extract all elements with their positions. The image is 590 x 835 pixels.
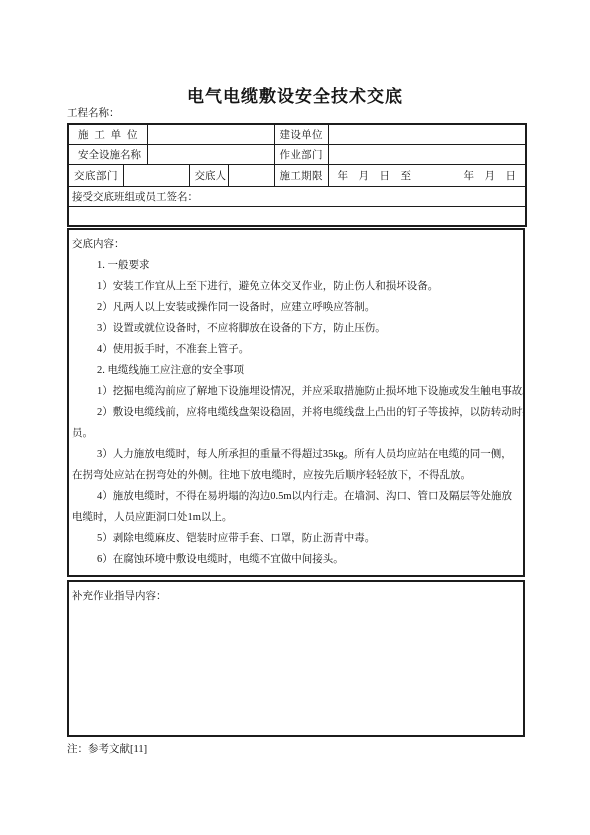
disclosure-line: 2. 电缆线施工应注意的安全事项: [69, 360, 523, 381]
footnote: 注：参考文献[11]: [67, 741, 147, 756]
disclosure-line: 1）安装工作宜从上至下进行，避免立体交叉作业，防止伤人和损坏设备。: [69, 276, 523, 297]
disclosure-line: 3）设置或就位设备时，不应将脚放在设备的下方，防止压伤。: [69, 318, 523, 339]
safety-facility-field[interactable]: [147, 145, 274, 165]
document-page: { "page": { "title": "电气电缆敷设安全技术交底", "pr…: [0, 0, 590, 835]
signature-field[interactable]: [68, 207, 526, 227]
disclosure-line: 电缆时，人员应距洞口处1m以上。: [69, 507, 523, 528]
disclosure-line: 4）施放电缆时，不得在易坍塌的沟边0.5m以内行走。在墙洞、沟口、管口及隔层等处…: [69, 486, 523, 507]
construction-period-label: 施工期限: [274, 165, 328, 187]
disclosure-department-field[interactable]: [123, 165, 189, 187]
construction-unit-field[interactable]: [147, 124, 274, 145]
work-department-label: 作业部门: [274, 145, 328, 165]
safety-facility-label: 安全设施名称: [68, 145, 147, 165]
disclosure-line: 1. 一般要求: [69, 255, 523, 276]
info-row-disclosure: 交底部门 交底人 施工期限 年 月 日 至 年 月 日: [68, 165, 526, 187]
disclosure-line: 6）在腐蚀环境中敷设电缆时，电缆不宜做中间接头。: [69, 549, 523, 570]
supplement-label: 补充作业指导内容：: [69, 582, 523, 607]
disclosure-line: 在拐弯处应站在拐弯处的外侧。往地下放电缆时，应按先后顺序轻轻放下，不得乱放。: [69, 465, 523, 486]
construction-unit-label: 施工单位: [68, 124, 147, 145]
disclosure-line: 5）剥除电缆麻皮、铠装时应带手套、口罩，防止沥青中毒。: [69, 528, 523, 549]
disclosure-line: 3）人力施放电缆时，每人所承担的重量不得超过35kg。所有人员均应站在电缆的同一…: [69, 444, 523, 465]
signature-label: 接受交底班组或员工签名：: [68, 187, 526, 207]
work-department-field[interactable]: [328, 145, 526, 165]
disclosure-line: 2）凡两人以上安装或操作同一设备时，应建立呼唤应答制。: [69, 297, 523, 318]
disclosure-line: 2）敷设电缆线前，应将电缆线盘架设稳固，并将电缆线盘上凸出的钉子等拔掉，以防转动…: [69, 402, 523, 423]
construction-period-field[interactable]: 年 月 日 至 年 月 日: [328, 165, 526, 187]
info-row-signature-label: 接受交底班组或员工签名：: [68, 187, 526, 207]
disclosure-line: 员。: [69, 423, 523, 444]
info-row-units: 施工单位 建设单位: [68, 124, 526, 145]
disclosure-label: 交底内容：: [69, 230, 523, 255]
project-name-label: 工程名称：: [67, 105, 120, 120]
disclosure-line: 4）使用扳手时，不准套上管子。: [69, 339, 523, 360]
info-row-facility: 安全设施名称 作业部门: [68, 145, 526, 165]
supplement-section[interactable]: 补充作业指导内容：: [67, 580, 525, 737]
client-unit-label: 建设单位: [274, 124, 328, 145]
info-table: 施工单位 建设单位 安全设施名称 作业部门 交底部门 交底人 施工期限 年 月 …: [67, 123, 527, 227]
disclosure-section: 交底内容： 1. 一般要求1）安装工作宜从上至下进行，避免立体交叉作业，防止伤人…: [67, 228, 525, 577]
disclosure-lines: 1. 一般要求1）安装工作宜从上至下进行，避免立体交叉作业，防止伤人和损坏设备。…: [69, 255, 523, 570]
discloser-label: 交底人: [189, 165, 228, 187]
client-unit-field[interactable]: [328, 124, 526, 145]
info-row-signature-blank: [68, 207, 526, 227]
discloser-field[interactable]: [228, 165, 274, 187]
disclosure-department-label: 交底部门: [68, 165, 123, 187]
page-title: 电气电缆敷设安全技术交底: [0, 82, 590, 107]
disclosure-line: 1）挖掘电缆沟前应了解地下设施埋设情况，并应采取措施防止损坏地下设施或发生触电事…: [69, 381, 523, 402]
